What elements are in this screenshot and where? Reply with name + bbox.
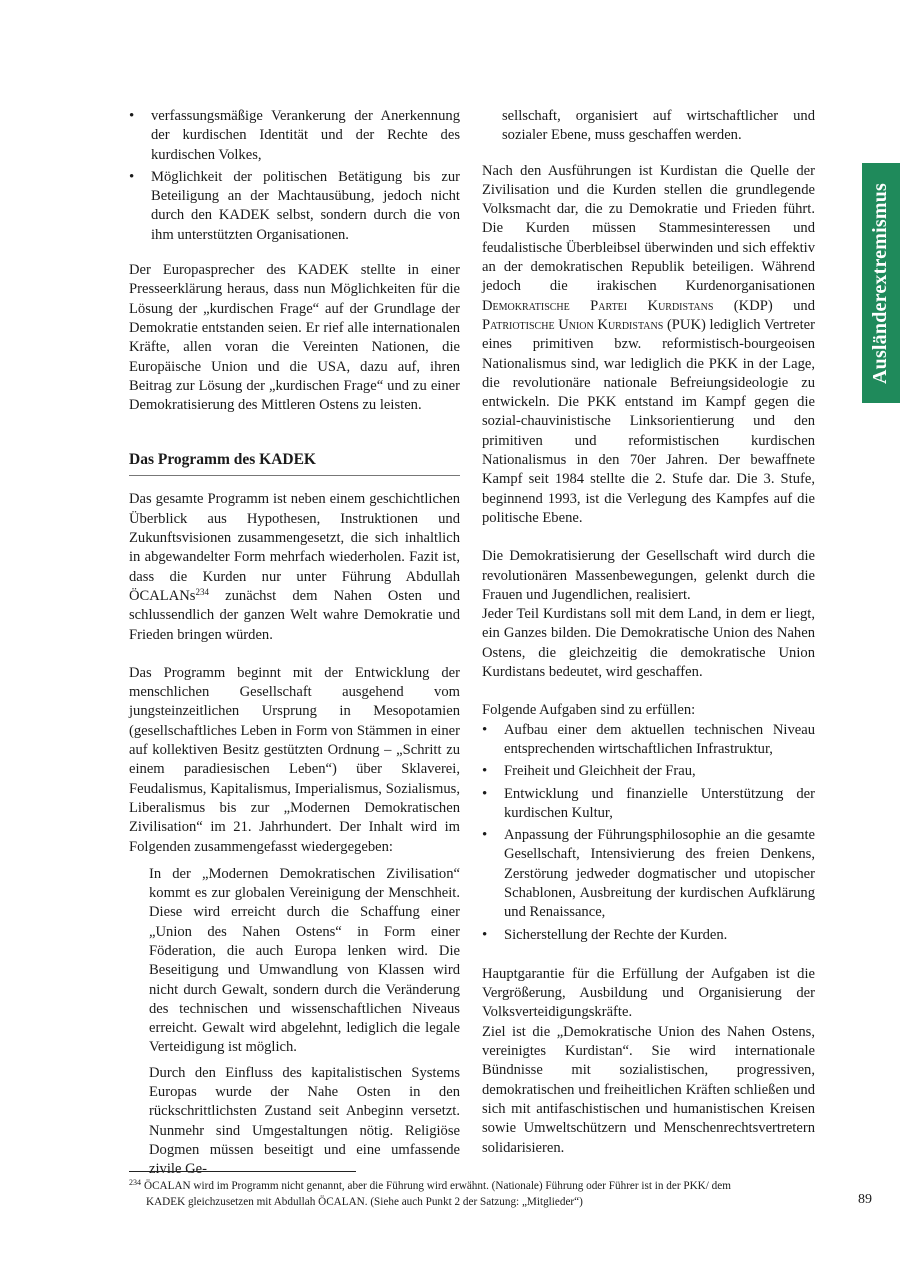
list-item: Aufbau einer dem aktuellen technischen N…	[482, 721, 815, 760]
section-side-tab: Ausländerextremismus	[862, 163, 900, 403]
paragraph-europasprecher: Der Europasprecher des KADEK stellte in …	[129, 261, 460, 415]
list-item: Entwicklung und finanzielle Unterstützun…	[482, 785, 815, 824]
paragraph-text: (PUK) lediglich Vertreter eines primitiv…	[482, 317, 815, 526]
right-column: sellschaft, organisiert auf wirtschaftli…	[482, 107, 815, 1158]
list-item: Sicherstellung der Rechte der Kurden.	[482, 926, 815, 945]
page-number: 89	[858, 1192, 872, 1208]
paragraph-text: Nach den Ausführungen ist Kurdistan die …	[482, 163, 815, 295]
footnote-divider	[129, 1171, 356, 1172]
org-name-puk: Patriotische Union Kurdistans	[482, 317, 663, 333]
section-heading: Das Programm des KADEK	[129, 450, 460, 476]
list-item: Anpassung der Führungsphilosophie an die…	[482, 826, 815, 922]
footnote-reference[interactable]: 234	[195, 587, 209, 597]
tasks-list: Aufbau einer dem aktuellen technischen N…	[482, 721, 815, 945]
footnote-line: KADEK gleichzusetzen mit Abdullah ÖCALAN…	[129, 1194, 829, 1210]
quote-paragraph: In der „Modernen Demokratischen Zivilisa…	[149, 865, 460, 1058]
paragraph-ziel: Ziel ist die „Demokratische Union des Na…	[482, 1023, 815, 1158]
paragraph-hauptgarantie: Hauptgarantie für die Erfüllung der Aufg…	[482, 965, 815, 1023]
demands-list: verfassungsmäßige Verankerung der Anerke…	[129, 107, 460, 245]
quote-paragraph: Durch den Einfluss des kapitalistischen …	[149, 1064, 460, 1180]
left-column: verfassungsmäßige Verankerung der Anerke…	[129, 107, 460, 1180]
list-item: Freiheit und Gleichheit der Frau,	[482, 762, 815, 781]
footnote-line: 234ÖCALAN wird im Programm nicht genannt…	[129, 1178, 829, 1194]
block-quote: In der „Modernen Demokratischen Zivilisa…	[129, 865, 460, 1180]
paragraph-teil-kurdistans: Jeder Teil Kurdistans soll mit dem Land,…	[482, 605, 815, 682]
paragraph-programm-history: Das Programm beginnt mit der Entwicklung…	[129, 664, 460, 857]
section-side-tab-label: Ausländerextremismus	[870, 182, 893, 383]
paragraph-text: (KDP) und	[713, 298, 815, 314]
footnote: 234ÖCALAN wird im Programm nicht genannt…	[129, 1178, 829, 1210]
paragraph-programm-overview: Das gesamte Programm ist neben einem ges…	[129, 490, 460, 644]
block-quote-continued: sellschaft, organisiert auf wirtschaftli…	[482, 107, 815, 146]
paragraph-kurdistan: Nach den Ausführungen ist Kurdistan die …	[482, 162, 815, 529]
org-name-kdp: Demokratische Partei Kurdistans	[482, 298, 713, 314]
paragraph-demokratisierung: Die Demokratisierung der Gesellschaft wi…	[482, 547, 815, 605]
footnote-number: 234	[129, 1178, 141, 1187]
list-item: Möglichkeit der politischen Betätigung b…	[129, 168, 460, 245]
tasks-intro: Folgende Aufgaben sind zu erfüllen:	[482, 701, 815, 720]
footnote-text: ÖCALAN wird im Programm nicht genannt, a…	[144, 1180, 731, 1192]
quote-paragraph: sellschaft, organisiert auf wirtschaftli…	[502, 107, 815, 146]
list-item: verfassungsmäßige Verankerung der Anerke…	[129, 107, 460, 165]
